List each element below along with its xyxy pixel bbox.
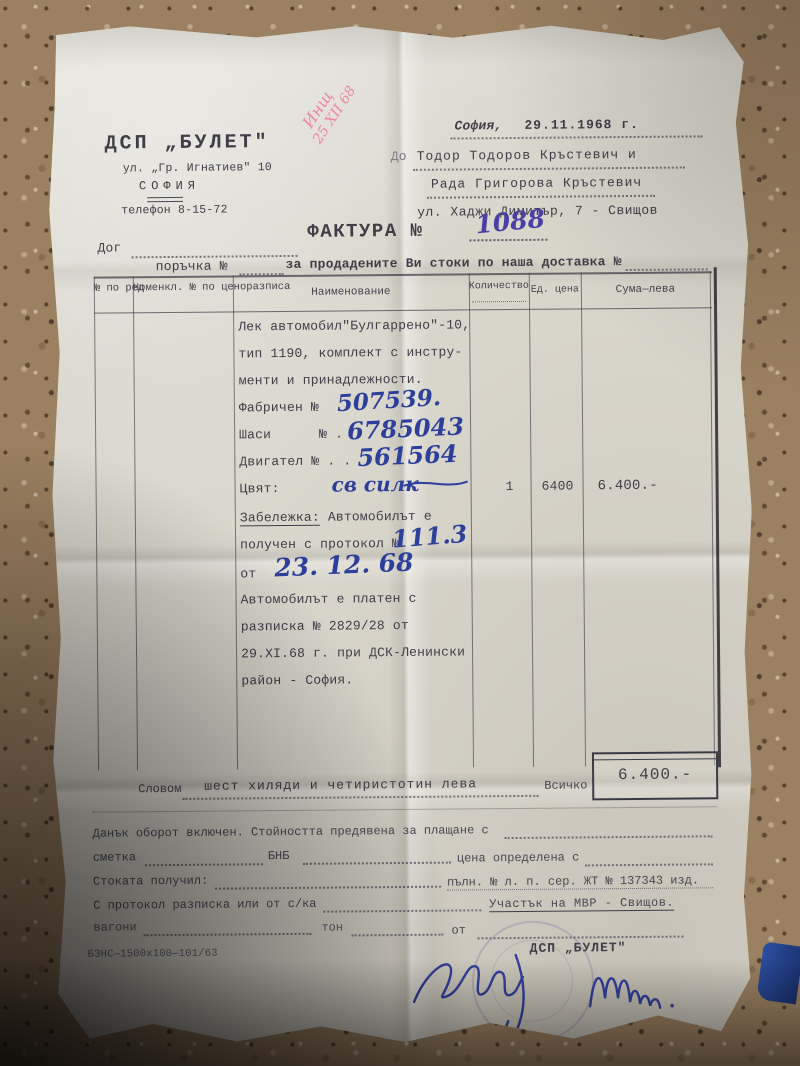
dotted-line [182, 795, 538, 800]
slovom-label: Словом [138, 782, 181, 796]
table-vline [94, 277, 99, 771]
total-box: 6.400.- [592, 751, 718, 800]
note-ot-label: от [240, 566, 256, 581]
terms-stokata-label: Стоката получил: [93, 874, 208, 889]
dotted-line [472, 301, 526, 302]
dotted-line [505, 835, 713, 839]
addressee-name1: Тодор Тодоров Кръстевич и [417, 147, 637, 164]
addressee-name2: Рада Григорова Кръстевич [431, 175, 642, 192]
order-label: поръчка № [156, 259, 228, 275]
terms-bnb: БНБ [268, 849, 290, 863]
letterhead-phone: телефон 8-15-72 [121, 204, 228, 218]
vsichko-label: Всичко [544, 778, 587, 792]
table-vline [133, 276, 138, 770]
note-line4: Автомобилът е платен с [241, 591, 417, 608]
engine-number-label: Двигател № . . [239, 453, 351, 469]
dog-label: Дог [97, 240, 121, 255]
terms-cena: цена определена с [457, 850, 580, 865]
addressee-to: До [391, 149, 407, 164]
dotted-line [413, 167, 685, 171]
dotted-line [585, 863, 713, 866]
color-label: Цвят: [240, 481, 280, 496]
table-right-heavy-line [714, 267, 721, 767]
dotted-line [451, 135, 703, 139]
letterhead-company: ДСП „БУЛЕТ" [104, 131, 269, 155]
item-qty: 1 [490, 479, 530, 494]
factory-number-label: Фабричен № [239, 400, 319, 416]
terms-smetka-label: сметка [93, 850, 136, 864]
col-header-suma: Сума—лева [581, 283, 710, 296]
table-header-border [94, 307, 712, 313]
total-amount: 6.400.- [594, 765, 716, 784]
letterhead-city: СОФИЯ [139, 179, 200, 194]
engine-number-handwritten: 561564 [357, 439, 458, 472]
blue-object [756, 941, 800, 1004]
date-value: 29.11.1968 г. [524, 117, 639, 133]
item-unit-price: 6400 [534, 478, 582, 493]
dotted-line [92, 806, 716, 812]
dotted-line [469, 239, 547, 242]
dotted-line [323, 909, 481, 912]
note-line5: разписка № 2829/28 от [241, 618, 409, 634]
col-header-ed-cena: Ед. цена [529, 284, 581, 296]
terms-protokol: С протокол разписка или от с/ка [93, 897, 316, 913]
signature-left [404, 939, 575, 1040]
color-swash-stroke [402, 475, 470, 492]
terms-vagoni: вагони [93, 920, 136, 934]
dotted-line [352, 934, 444, 937]
photo-canvas: Инщ 25 XII 68 ДСП „БУЛЕТ" ул. „Гр. Игнат… [0, 0, 800, 1066]
table-vline [529, 273, 534, 767]
dotted-line [427, 195, 655, 199]
terms-uchastak: Участък на МВР - Свищов. [489, 896, 674, 913]
invoice-number-handwritten: 1088 [474, 204, 546, 240]
note-label: Забележка: [240, 510, 320, 527]
letterhead-street: ул. „Гр. Игнатиев" 10 [123, 161, 272, 175]
item-desc-line1: Лек автомобил"Булгаррено"-10, [238, 317, 470, 334]
table-vline [233, 275, 238, 769]
invoice-subtitle: за продадените Ви стоки по наша доставка… [286, 254, 622, 272]
terms-ot: от [451, 923, 466, 937]
col-header-kolichestvo: Количество [469, 281, 529, 294]
invoice-title: ФАКТУРА № [307, 220, 423, 243]
form-code: БЗНС—1500х100—101/63 [88, 948, 218, 961]
letterhead-rule [147, 197, 183, 202]
note-line7: район - София. [241, 672, 353, 688]
item-amount: 6.400.- [598, 478, 658, 495]
dotted-line [303, 862, 451, 865]
place-label: София, [454, 118, 502, 133]
table-vline [581, 272, 586, 766]
chassis-number-label: Шаси № . [239, 427, 343, 443]
protocol-date-handwritten: 23. 12. 68 [274, 547, 414, 582]
table-vline [469, 273, 474, 767]
item-desc-line2: тип 1190, комплект с инстру- [238, 344, 462, 361]
invoice-paper: Инщ 25 XII 68 ДСП „БУЛЕТ" ул. „Гр. Игнат… [46, 21, 757, 1045]
col-header-nomenkl: Номенкл. № по ценоразписа [133, 281, 233, 294]
amount-in-words: шест хиляди и четиристотин лева [204, 776, 477, 793]
terms-line1: Данък оборот включен. Стойността предяве… [93, 823, 489, 840]
note-line6: 29.XI.68 г. при ДСК-Ленински [241, 644, 465, 661]
pink-annotation: Инщ 25 XII 68 [298, 73, 359, 140]
col-header-naimenovanie: Наименование [233, 285, 469, 299]
signature-right [582, 953, 723, 1026]
dotted-line [143, 933, 311, 936]
dotted-line [145, 863, 263, 866]
col-header-no: № по ред [94, 282, 133, 294]
dotted-line [215, 886, 441, 890]
terms-ton: тон [321, 921, 343, 935]
